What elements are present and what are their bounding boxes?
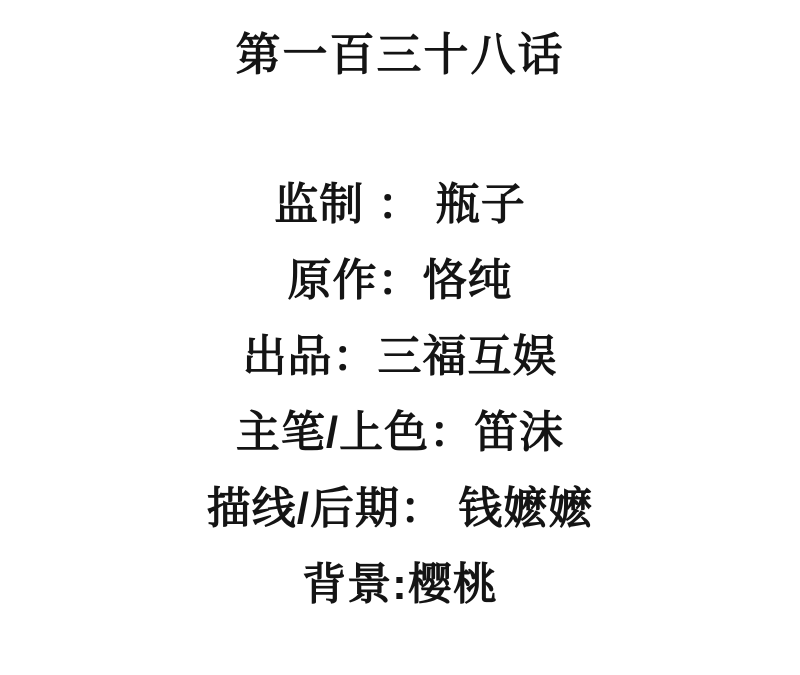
chapter-title: 第一百三十八话 [0, 0, 800, 80]
credit-line-lineart-postproduction: 描线/后期： 钱嬷嬷 [0, 471, 800, 547]
credit-line-producer: 出品：三福互娱 [0, 319, 800, 395]
credit-line-supervisor: 监制 ： 瓶子 [0, 167, 800, 243]
credit-line-original-author: 原作：恪纯 [0, 243, 800, 319]
credit-line-background: 背景:樱桃 [0, 547, 800, 623]
credit-line-lead-artist-coloring: 主笔/上色：笛沫 [0, 395, 800, 471]
credits-page: 第一百三十八话 监制 ： 瓶子 原作：恪纯 出品：三福互娱 主笔/上色：笛沫 描… [0, 0, 800, 675]
credits-list: 监制 ： 瓶子 原作：恪纯 出品：三福互娱 主笔/上色：笛沫 描线/后期： 钱嬷… [0, 167, 800, 623]
